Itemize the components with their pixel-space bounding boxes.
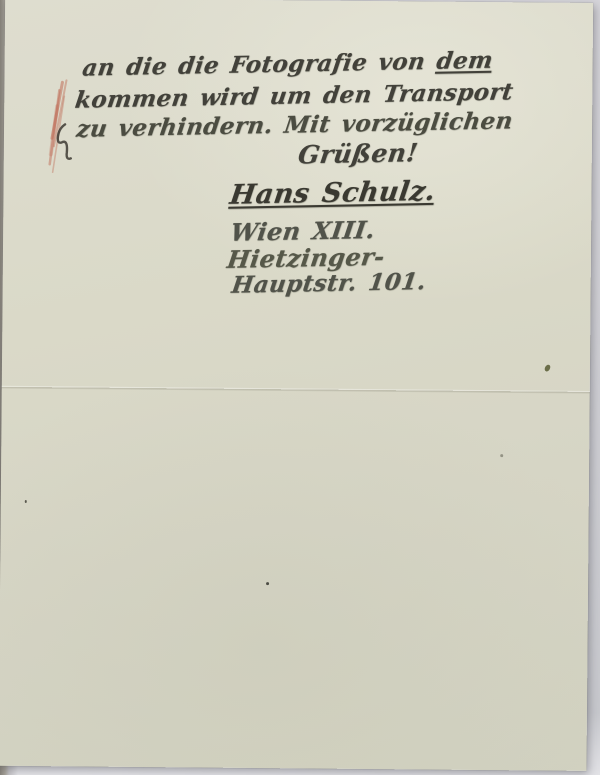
photo-backdrop: an die die Fotografie von dem kommen wir… xyxy=(0,0,600,775)
letter-line-3: zu verhindern. Mit vorzüglichen xyxy=(75,107,515,142)
letter-paper: an die die Fotografie von dem kommen wir… xyxy=(0,0,593,771)
paper-speck xyxy=(25,500,27,503)
handwriting-block: an die die Fotografie von dem kommen wir… xyxy=(3,0,597,340)
letter-line-4-closing: Grüßen! xyxy=(296,138,420,169)
paper-speck xyxy=(500,454,503,457)
underlined-word: dem xyxy=(435,47,495,75)
signature: Hans Schulz. xyxy=(228,176,438,211)
paper-speck xyxy=(544,364,551,372)
fold-crease xyxy=(2,386,590,394)
letter-line-1: an die die Fotografie von dem xyxy=(81,47,495,82)
address-street-2: Hauptstr. 101. xyxy=(230,268,428,299)
paper-speck xyxy=(266,582,269,585)
